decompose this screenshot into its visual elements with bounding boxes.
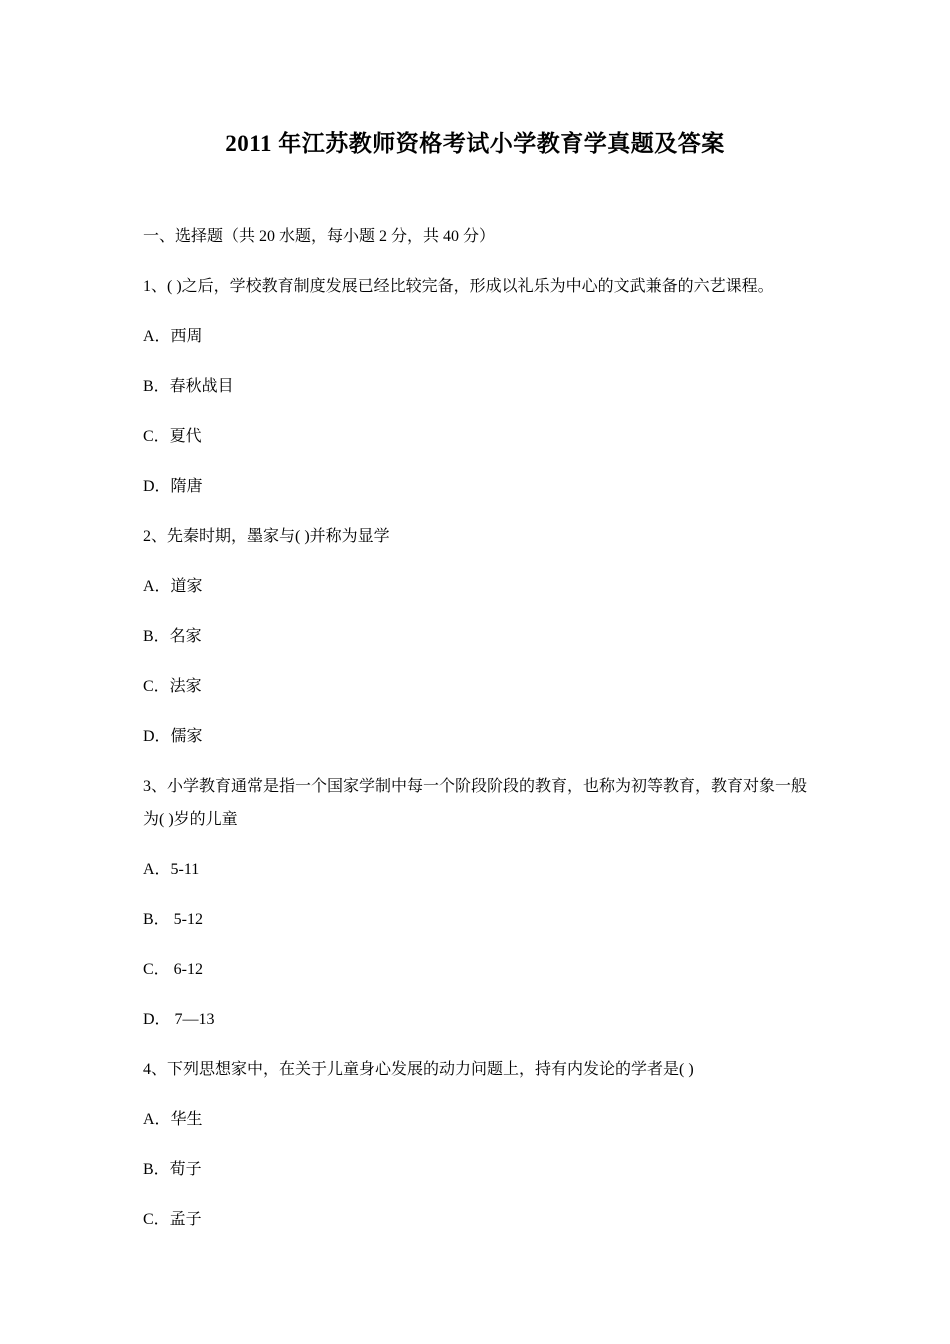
question-1-option-c: C．夏代 (143, 420, 807, 453)
question-2-option-d: D．儒家 (143, 720, 807, 753)
question-4-option-b: B．荀子 (143, 1153, 807, 1186)
question-3-option-b: B． 5-12 (143, 903, 807, 936)
question-2-option-a: A．道家 (143, 570, 807, 603)
question-4-option-a: A．华生 (143, 1103, 807, 1136)
question-1-option-a: A．西周 (143, 320, 807, 353)
question-4-option-c: C．孟子 (143, 1203, 807, 1236)
section-heading: 一、选择题（共 20 水题，每小题 2 分，共 40 分） (143, 220, 807, 253)
document-page: 2011 年江苏教师资格考试小学教育学真题及答案 一、选择题（共 20 水题，每… (0, 0, 950, 1344)
question-1-option-d: D．隋唐 (143, 470, 807, 503)
document-title: 2011 年江苏教师资格考试小学教育学真题及答案 (143, 128, 807, 160)
question-1-option-b: B．春秋战目 (143, 370, 807, 403)
question-2-option-c: C．法家 (143, 670, 807, 703)
question-3-option-d: D． 7—13 (143, 1003, 807, 1036)
question-text-1: 1、( )之后，学校教育制度发展已经比较完备，形成以礼乐为中心的文武兼备的六艺课… (143, 270, 807, 303)
question-2-option-b: B．名家 (143, 620, 807, 653)
question-3-option-a: A．5-11 (143, 853, 807, 886)
question-text-2: 2、先秦时期，墨家与( )并称为显学 (143, 520, 807, 553)
question-text-3: 3、小学教育通常是指一个国家学制中每一个阶段阶段的教育，也称为初等教育，教育对象… (143, 770, 807, 836)
question-3-option-c: C． 6-12 (143, 953, 807, 986)
question-text-4: 4、下列思想家中，在关于儿童身心发展的动力问题上，持有内发论的学者是( ) (143, 1053, 807, 1086)
